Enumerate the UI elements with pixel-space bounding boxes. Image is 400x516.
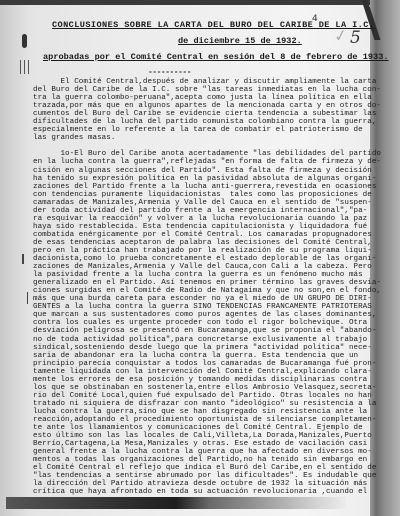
document-date: de diciembre 15 de 1932. (178, 36, 302, 46)
handwritten-page-number: 5 (350, 28, 361, 48)
text-line (33, 142, 369, 150)
text-line: pero en la práctica han trabajado por la… (33, 247, 369, 255)
text-line: de esas tendencias aceptaron de palabra … (33, 239, 369, 247)
text-line: te ante los llamamientos y comunicacione… (33, 424, 369, 432)
text-line: generalizado en el Partido. Así tenemos … (33, 279, 369, 287)
text-line: las grandes masas. (33, 134, 369, 142)
text-line: con tendencias puramente liquidacionista… (33, 191, 369, 199)
text-line: desviación peligrosa se presentó en Buca… (33, 327, 369, 335)
text-line: camaradas de Manizales,Armenia y Valle d… (33, 199, 369, 207)
text-line: la pasividad frente a la lucha contra la… (33, 271, 369, 279)
text-line: saria de abandonar era la lucha contra l… (33, 352, 369, 360)
text-line: Berrío,Cartagena,La Mesa,Manizales y otr… (33, 440, 369, 448)
text-line: tra la guerra colombo-peruana",acepta co… (33, 94, 369, 102)
corner-mark: 4 (312, 14, 318, 24)
scan-shadow-bar (6, 497, 346, 509)
text-line: haya sido restablecida. Esta tendencia c… (33, 223, 369, 231)
text-line: no de toda actividad política",para conc… (33, 336, 369, 344)
text-line: rio del Comité Local,quien fué expulsado… (33, 392, 369, 400)
title-separator: ---------- (148, 68, 191, 77)
text-line: "las tendencias a sentirse abrumado por … (33, 472, 369, 480)
text-line: mentos a todas las organizaciones del Pa… (33, 456, 369, 464)
text-line: 1o-El Buro del Caribe anota acertadament… (33, 150, 369, 158)
text-line: trazada,por más que en algunos apartes d… (33, 102, 369, 110)
text-line: ra esquivar la reacción" y volver a la l… (33, 215, 369, 223)
text-line: GENTES a la lucha contra la guerra SINO … (33, 303, 369, 311)
text-line: que marcan a sus sustentadores como puro… (33, 311, 369, 319)
text-line: combatida enérgicamente por el Comité Ce… (33, 231, 369, 239)
text-line: ciones surgidas en el Comité de Radio de… (33, 287, 369, 295)
margin-tick (28, 60, 29, 74)
text-line: especialmente en lo referente a la tarea… (33, 126, 369, 134)
text-line: zaciones del Partido frente a la lucha a… (33, 183, 369, 191)
scan-top-edge (0, 0, 400, 5)
text-line: esto último son las las locales de Cali,… (33, 432, 369, 440)
margin-bracket (27, 292, 28, 304)
text-line: contra los cuales es urgente proceder co… (33, 319, 369, 327)
text-line: ha tenido su expresión política en la pa… (33, 175, 369, 183)
text-line: sindical,sosteniendo desde luego que la … (33, 344, 369, 352)
document-approval-line: aprobadas por el Comité Central en sesió… (43, 52, 389, 62)
text-line: la dirección del Partido atravieza desde… (33, 480, 369, 488)
text-line: El Comité Central,después de analizar y … (33, 78, 369, 86)
text-line: reacción,adoptando el procedimiento opor… (33, 416, 369, 424)
text-line: cumentos del Buro del Caribe se evidenci… (33, 110, 369, 118)
text-line: crítica que haya afrontado en toda su ac… (33, 488, 369, 496)
text-line: der toda actividad del partido frente a … (33, 207, 369, 215)
text-line: más que una burda careta para esconder n… (33, 295, 369, 303)
margin-marks (20, 34, 28, 84)
text-line: el Comité Central el reflejo que indica … (33, 464, 369, 472)
text-line: principio parecía conquistar a todos los… (33, 360, 369, 368)
text-line: lucha contra la guerra,sino que se han d… (33, 408, 369, 416)
document-body: El Comité Central,después de analizar y … (33, 78, 369, 496)
margin-tick (20, 60, 21, 74)
text-line: mente los errores de esa posición y toma… (33, 376, 369, 384)
text-line: los que se obstinaban en sostenerla,entr… (33, 384, 369, 392)
margin-tick (22, 254, 24, 264)
document-title: CONCLUSIONES SOBRE LA CARTA DEL BURO DEL… (52, 20, 374, 30)
text-line: en la lucha contra la guerra",reflejadas… (33, 158, 369, 166)
margin-tick (24, 60, 25, 74)
text-line: dificultades de la lucha del partido com… (33, 118, 369, 126)
text-line: del Buro del Caribe de la I.C. sobre "la… (33, 86, 369, 94)
text-line: cisión en algunas secciones del Partido"… (33, 167, 369, 175)
text-line: tamente liquidada con la intervención de… (33, 368, 369, 376)
text-line: general frente a la lucha contra la guer… (33, 448, 369, 456)
text-line: zaciones de Manizales,Armenia y Valle de… (33, 263, 369, 271)
text-line: dacionista,como lo prueba concretamente … (33, 255, 369, 263)
text-line: tratado ni siquiera de disfrazar con man… (33, 400, 369, 408)
ink-blot (22, 34, 27, 48)
